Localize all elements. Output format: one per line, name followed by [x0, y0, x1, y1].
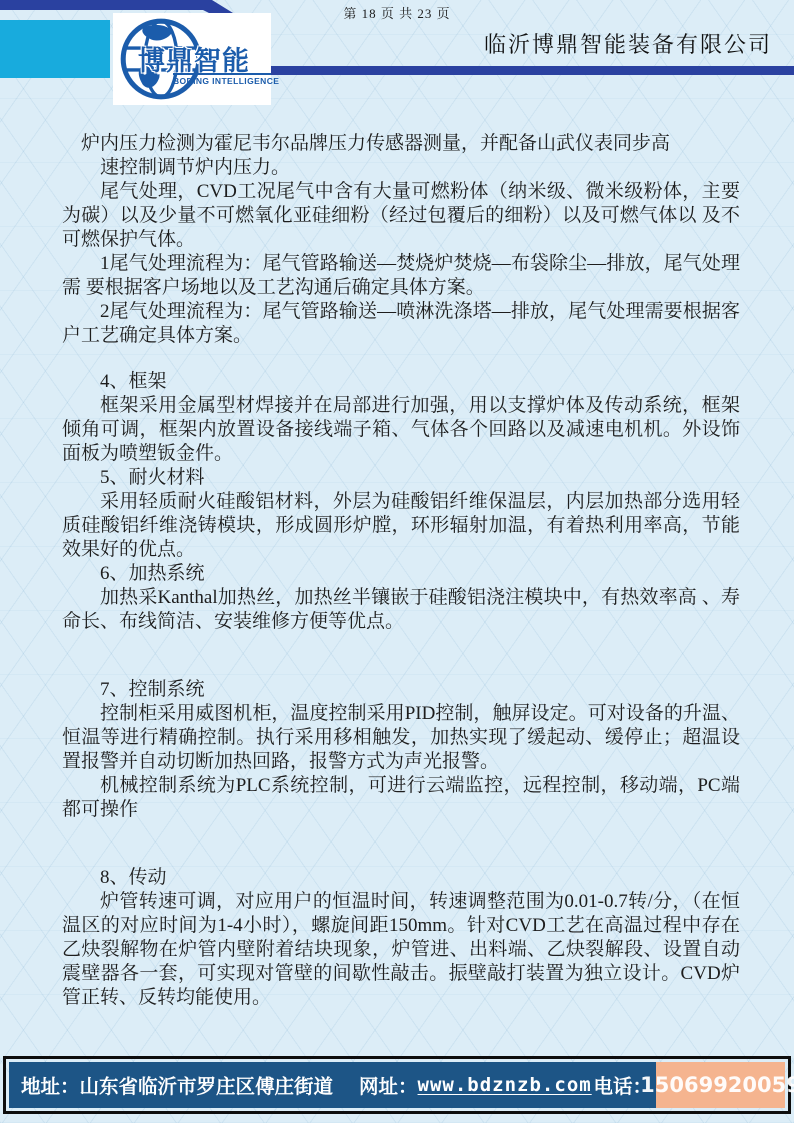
company-logo: 博鼎智能 BODING INTELLIGENCE — [113, 13, 271, 105]
address-text: 山东省临沂市罗庄区傅庄街道 — [80, 1071, 334, 1099]
paragraph: 采用轻质耐火硅酸铝材料，外层为硅酸铝纤维保温层，内层加热部分选用轻质硅酸铝纤维浇… — [62, 490, 740, 562]
footer-bar: 地址：山东省临沂市罗庄区傅庄街道 网址：www.bdznzb.com 电话： 1… — [9, 1062, 785, 1108]
paragraph: 1尾气处理流程为：尾气管路输送—焚烧炉焚烧—布袋除尘—排放，尾气处理需 要根据客… — [62, 252, 740, 300]
paragraph: 框架采用金属型材焊接并在局部进行加强，用以支撑炉体及传动系统，框架倾角可调，框架… — [62, 394, 740, 466]
document-body: 炉内压力检测为霍尼韦尔品牌压力传感器测量，并配备山武仪表同步高 速控制调节炉内压… — [62, 132, 740, 1010]
section-heading: 4、框架 — [62, 370, 740, 394]
phone-number-box: 15069920059 — [656, 1062, 785, 1108]
website-label: 网址： — [359, 1071, 418, 1099]
logo-subtitle: BODING INTELLIGENCE — [173, 73, 279, 86]
company-name: 临沂博鼎智能装备有限公司 — [484, 28, 772, 59]
document-page: 第 18 页 共 23 页 博鼎智能 BODING INTELLIGENCE 临… — [0, 0, 794, 1123]
website-link[interactable]: www.bdznzb.com — [418, 1074, 592, 1096]
paragraph: 尾气处理，CVD工况尾气中含有大量可燃粉体（纳米级、微米级粉体，主要为碳）以及少… — [62, 180, 740, 252]
paragraph: 炉管转速可调，对应用户的恒温时间，转速调整范围为0.01-0.7转/分，（在恒温… — [62, 890, 740, 1010]
header-divider — [271, 66, 794, 75]
section-heading: 5、耐火材料 — [62, 466, 740, 490]
paragraph: 炉内压力检测为霍尼韦尔品牌压力传感器测量，并配备山武仪表同步高 速控制调节炉内压… — [62, 132, 740, 180]
section-heading: 7、控制系统 — [62, 678, 740, 702]
phone-number: 15069920059 — [640, 1073, 794, 1097]
paragraph: 2尾气处理流程为：尾气管路输送—喷淋洗涤塔—排放，尾气处理需要根据客户工艺确定具… — [62, 300, 740, 348]
section-heading: 8、传动 — [62, 866, 740, 890]
section-heading: 6、加热系统 — [62, 562, 740, 586]
paragraph: 控制柜采用威图机柜，温度控制采用PID控制，触屏设定。可对设备的升温、恒温等进行… — [62, 702, 740, 774]
paragraph: 机械控制系统为PLC系统控制，可进行云端监控，远程控制，移动端，PC端都可操作 — [62, 774, 740, 822]
footer: 地址：山东省临沂市罗庄区傅庄街道 网址：www.bdznzb.com 电话： 1… — [3, 1056, 791, 1114]
address-label: 地址： — [21, 1071, 80, 1099]
teal-accent-block — [0, 20, 110, 78]
paragraph: 加热采Kanthal加热丝，加热丝半镶嵌于硅酸铝浇注模块中，有热效率高 、寿命长… — [62, 586, 740, 634]
